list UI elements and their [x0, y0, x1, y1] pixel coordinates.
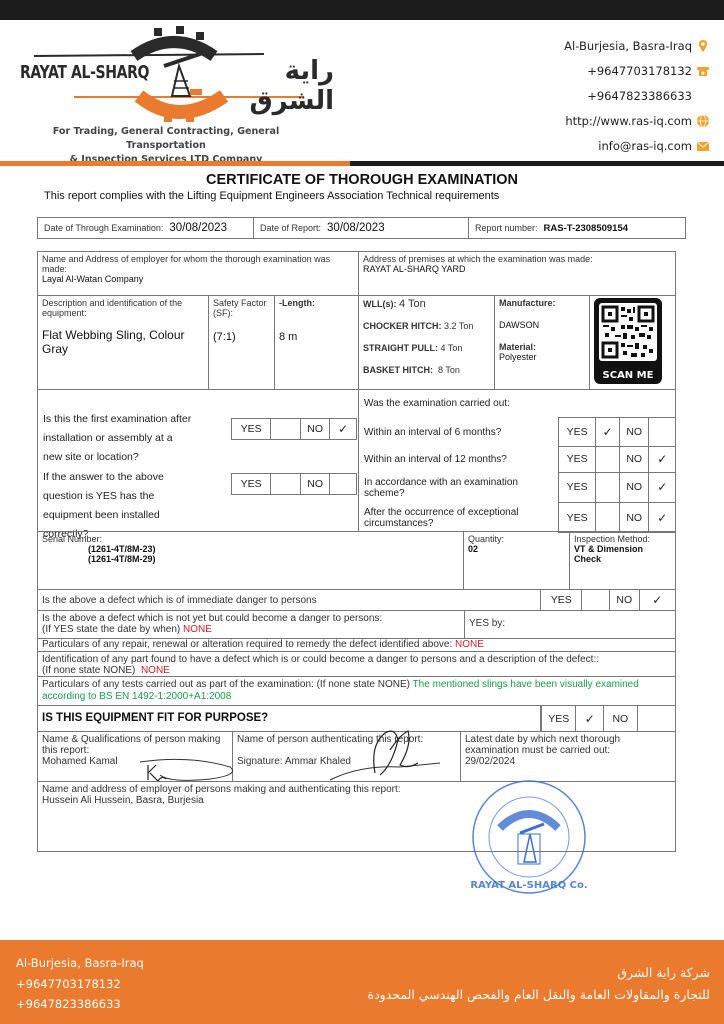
equipment-description-value: Flat Webbing Sling, Colour Gray — [42, 328, 204, 356]
inspection-method-label: Inspection Method: — [574, 534, 671, 544]
serial-number-cell: Serial Number: (1261-4T/8M-23) (1261-4T/… — [37, 531, 464, 590]
no-label: NO — [604, 705, 638, 732]
straight-pull-label: STRAIGHT PULL: — [363, 343, 438, 353]
tests-question: Particulars of any tests carried out as … — [42, 679, 410, 690]
premises-label: Address of premises at which the examina… — [363, 254, 671, 264]
wll-value: 4 Ton — [399, 298, 426, 310]
no-checkbox[interactable] — [638, 705, 675, 732]
yes-checkbox[interactable]: ✓ — [596, 418, 620, 446]
yes-checkbox[interactable] — [271, 419, 301, 439]
yes-checkbox[interactable]: ✓ — [576, 705, 604, 732]
yes-checkbox[interactable] — [582, 590, 610, 610]
carried-out-question: Within an interval of 6 months? — [364, 417, 554, 447]
phone-icon — [696, 64, 710, 78]
yes-checkbox[interactable] — [596, 503, 620, 532]
immediate-danger-question: Is the above a defect which is of immedi… — [42, 595, 317, 606]
repair-cell: Particulars of any repair, renewal or al… — [37, 638, 676, 652]
no-label: NO — [301, 419, 331, 439]
scan-me-label: SCAN ME — [594, 370, 662, 381]
report-date-label: Date of Report: — [260, 223, 321, 233]
qr-code-icon — [599, 303, 657, 361]
phone-2-text[interactable]: +9647823386633 — [587, 89, 692, 103]
fit-for-purpose-question: IS THIS EQUIPMENT FIT FOR PURPOSE? — [42, 712, 268, 724]
premises-cell: Address of premises at which the examina… — [358, 251, 676, 296]
no-checkbox[interactable] — [330, 474, 356, 494]
basket-hitch-label: BASKET HITCH: — [363, 365, 433, 375]
address-text: Al-Burjesia, Basra-Iraq — [564, 39, 692, 53]
stamp-text: RAYAT AL-SHARQ Co. — [470, 880, 587, 891]
future-danger-question: Is the above a defect which is not yet b… — [42, 613, 460, 624]
contact-phone-1[interactable]: +9647703178132 — [564, 58, 710, 83]
yes-by-label: YES by: — [469, 618, 505, 629]
yes-label: YES — [559, 446, 596, 472]
repair-question: Particulars of any repair, renewal or al… — [42, 639, 452, 650]
employer-label: Name and Address of employer for whom th… — [42, 254, 354, 274]
signature-authenticator-icon — [300, 725, 460, 785]
future-danger-hint: (If YES state the date by when) — [42, 624, 180, 635]
straight-pull-value: 4 Ton — [441, 343, 463, 353]
inspection-method-cell: Inspection Method: VT & Dimension Check — [569, 531, 676, 590]
yes-label: YES — [559, 503, 596, 532]
exam-date-field: Date of Through Examination: 30/08/2023 — [38, 218, 253, 238]
no-label: NO — [301, 474, 331, 494]
yes-checkbox[interactable] — [596, 446, 620, 472]
wll-cell: WLL(s): 4 Ton CHOCKER HITCH: 3.2 Ton STR… — [358, 295, 495, 390]
spacer — [696, 89, 710, 103]
certificate-title: CERTIFICATE OF THOROUGH EXAMINATION — [0, 172, 724, 188]
carried-out-question: After the occurrence of exceptional circ… — [364, 503, 554, 533]
serial-number-value-2: (1261-4T/8M-29) — [88, 554, 459, 564]
carried-out-yes-no: YESNO✓ — [558, 446, 676, 473]
no-label: NO — [620, 503, 650, 532]
company-logo: RAYAT AL-SHARQ راية الشرق — [14, 26, 334, 126]
yes-label: YES — [541, 705, 576, 732]
equipment-description-label: Description and identification of the eq… — [42, 298, 204, 318]
contact-website[interactable]: http://www.ras-iq.com — [564, 108, 710, 133]
safety-factor-value: (7:1) — [213, 332, 270, 342]
contact-address: Al-Burjesia, Basra-Iraq — [564, 33, 710, 58]
report-date-value: 30/08/2023 — [327, 222, 385, 234]
date-row: Date of Through Examination: 30/08/2023 … — [37, 217, 686, 239]
immediate-danger-yes-no: YES NO ✓ — [540, 589, 676, 611]
fit-for-purpose-yes-no: YES ✓ NO — [540, 705, 676, 732]
brand-name-en: RAYAT AL-SHARQ — [20, 62, 149, 83]
footer-arabic-description: للتجارة والمقاولات العامة والنقل العام و… — [368, 984, 710, 1006]
contact-email[interactable]: info@ras-iq.com — [564, 133, 710, 158]
email-link[interactable]: info@ras-iq.com — [598, 139, 692, 153]
material-label: Material: — [499, 342, 585, 352]
length-cell: -Length: 8 m — [274, 295, 359, 390]
no-label: NO — [620, 418, 650, 446]
installed-correctly-yes-no: YES NO — [231, 473, 357, 495]
quantity-value: 02 — [468, 544, 565, 554]
tests-cell: Particulars of any tests carried out as … — [37, 676, 676, 706]
header-divider-orange — [0, 161, 350, 166]
no-checkbox[interactable]: ✓ — [649, 472, 675, 502]
exam-date-value: 30/08/2023 — [169, 222, 227, 234]
globe-icon — [696, 114, 710, 128]
no-checkbox[interactable]: ✓ — [330, 419, 356, 439]
manufacture-value: DAWSON — [499, 320, 585, 330]
phone-1-text[interactable]: +9647703178132 — [587, 64, 692, 78]
wll-label: WLL(s): — [363, 299, 397, 309]
identification-question: Identification of any part found to have… — [42, 654, 671, 665]
report-number-value: RAS-T-2308509154 — [544, 223, 629, 234]
choker-hitch-label: CHOCKER HITCH: — [363, 321, 442, 331]
carried-out-question: Within an interval of 12 months? — [364, 446, 554, 473]
yes-checkbox[interactable] — [596, 472, 620, 502]
employer-value: Layal Al-Watan Company — [42, 274, 354, 284]
yes-label: YES — [559, 472, 596, 502]
no-checkbox[interactable]: ✓ — [640, 590, 675, 610]
yes-label: YES — [559, 418, 596, 446]
serial-number-value-1: (1261-4T/8M-23) — [88, 544, 459, 554]
first-exam-yes-no: YES NO ✓ — [231, 418, 357, 440]
footer-arabic-company: شركة راية الشرق — [368, 962, 710, 984]
header-divider-black — [350, 161, 724, 166]
first-exam-question: Is this the first examination after inst… — [43, 410, 193, 467]
exam-date-label: Date of Through Examination: — [44, 223, 163, 233]
quantity-label: Quantity: — [468, 534, 565, 544]
choker-hitch-value: 3.2 Ton — [444, 321, 473, 331]
material-value: Polyester — [499, 352, 585, 362]
yes-label: YES — [541, 590, 582, 610]
contact-info: Al-Burjesia, Basra-Iraq +9647703178132 +… — [564, 33, 710, 158]
report-number-field: Report number: RAS-T-2308509154 — [469, 218, 686, 238]
next-exam-value: 29/02/2024 — [465, 756, 671, 767]
footer-arabic: شركة راية الشرق للتجارة والمقاولات العام… — [368, 962, 710, 1006]
yes-label: YES — [232, 474, 271, 494]
mail-icon — [696, 139, 710, 153]
serial-number-label: Serial Number: — [42, 534, 459, 544]
brand-name-ar: راية الشرق — [212, 56, 334, 116]
safety-factor-label: Safety Factor (SF): — [213, 298, 270, 318]
footer-phone-2[interactable]: +9647823386633 — [16, 994, 144, 1015]
tagline-line-1: For Trading, General Contracting, Genera… — [16, 125, 316, 153]
identification-value: NONE — [141, 665, 170, 676]
carried-out-yes-no: YESNO✓ — [558, 472, 676, 503]
quantity-cell: Quantity: 02 — [463, 531, 570, 590]
no-label: NO — [610, 590, 640, 610]
employer-cell: Name and Address of employer for whom th… — [37, 251, 359, 296]
identification-cell: Identification of any part found to have… — [37, 651, 676, 677]
carried-out-title: Was the examination carried out: — [364, 398, 510, 409]
length-value: 8 m — [279, 332, 354, 342]
certificate-subtitle: This report complies with the Lifting Eq… — [44, 190, 499, 202]
repair-value: NONE — [455, 639, 484, 650]
equipment-description-cell: Description and identification of the eq… — [37, 295, 209, 390]
location-pin-icon — [696, 39, 710, 53]
report-date-field: Date of Report: 30/08/2023 — [254, 218, 469, 238]
qr-code-pattern — [599, 303, 657, 361]
identification-hint: (If none state NONE) — [42, 665, 135, 676]
no-label: NO — [620, 472, 650, 502]
no-checkbox[interactable]: ✓ — [649, 503, 675, 532]
yes-label: YES — [232, 419, 271, 439]
premises-value: RAYAT AL-SHARQ YARD — [363, 264, 671, 274]
contact-phone-2[interactable]: +9647823386633 — [564, 83, 710, 108]
yes-by-cell: YES by: — [464, 610, 676, 639]
report-number-label: Report number: — [475, 223, 538, 233]
carried-out-yes-no: YES✓NO — [558, 417, 676, 447]
inspection-method-value: VT & Dimension Check — [574, 544, 671, 564]
website-link[interactable]: http://www.ras-iq.com — [565, 114, 692, 128]
no-label: NO — [620, 446, 650, 472]
no-checkbox[interactable]: ✓ — [649, 446, 675, 472]
safety-factor-cell: Safety Factor (SF): (7:1) — [208, 295, 275, 390]
qr-code[interactable]: SCAN ME — [594, 298, 662, 384]
carried-out-question: In accordance with an examination scheme… — [364, 472, 554, 503]
next-exam-cell: Latest date by which next thorough exami… — [460, 731, 676, 782]
footer: Al-Burjesia, Basra-Iraq +9647703178132 +… — [0, 940, 724, 1024]
footer-address: Al-Burjesia, Basra-Iraq — [16, 953, 144, 974]
manufacture-label: Manufacture: — [499, 298, 585, 308]
future-danger-value: NONE — [183, 624, 212, 635]
no-checkbox[interactable] — [649, 418, 675, 446]
footer-phone-1[interactable]: +9647703178132 — [16, 974, 144, 995]
manufacture-cell: Manufacture: DAWSON Material: Polyester — [494, 295, 590, 390]
basket-hitch-value: 8 Ton — [438, 365, 460, 375]
company-stamp-icon: RAYAT AL-SHARQ Co. — [470, 778, 588, 896]
top-bar — [0, 0, 724, 20]
future-danger-cell: Is the above a defect which is not yet b… — [37, 610, 465, 639]
length-label: -Length: — [279, 298, 354, 308]
carried-out-yes-no: YESNO✓ — [558, 503, 676, 533]
yes-checkbox[interactable] — [271, 474, 301, 494]
next-exam-label: Latest date by which next thorough exami… — [465, 734, 671, 756]
footer-contacts: Al-Burjesia, Basra-Iraq +9647703178132 +… — [16, 953, 144, 1015]
